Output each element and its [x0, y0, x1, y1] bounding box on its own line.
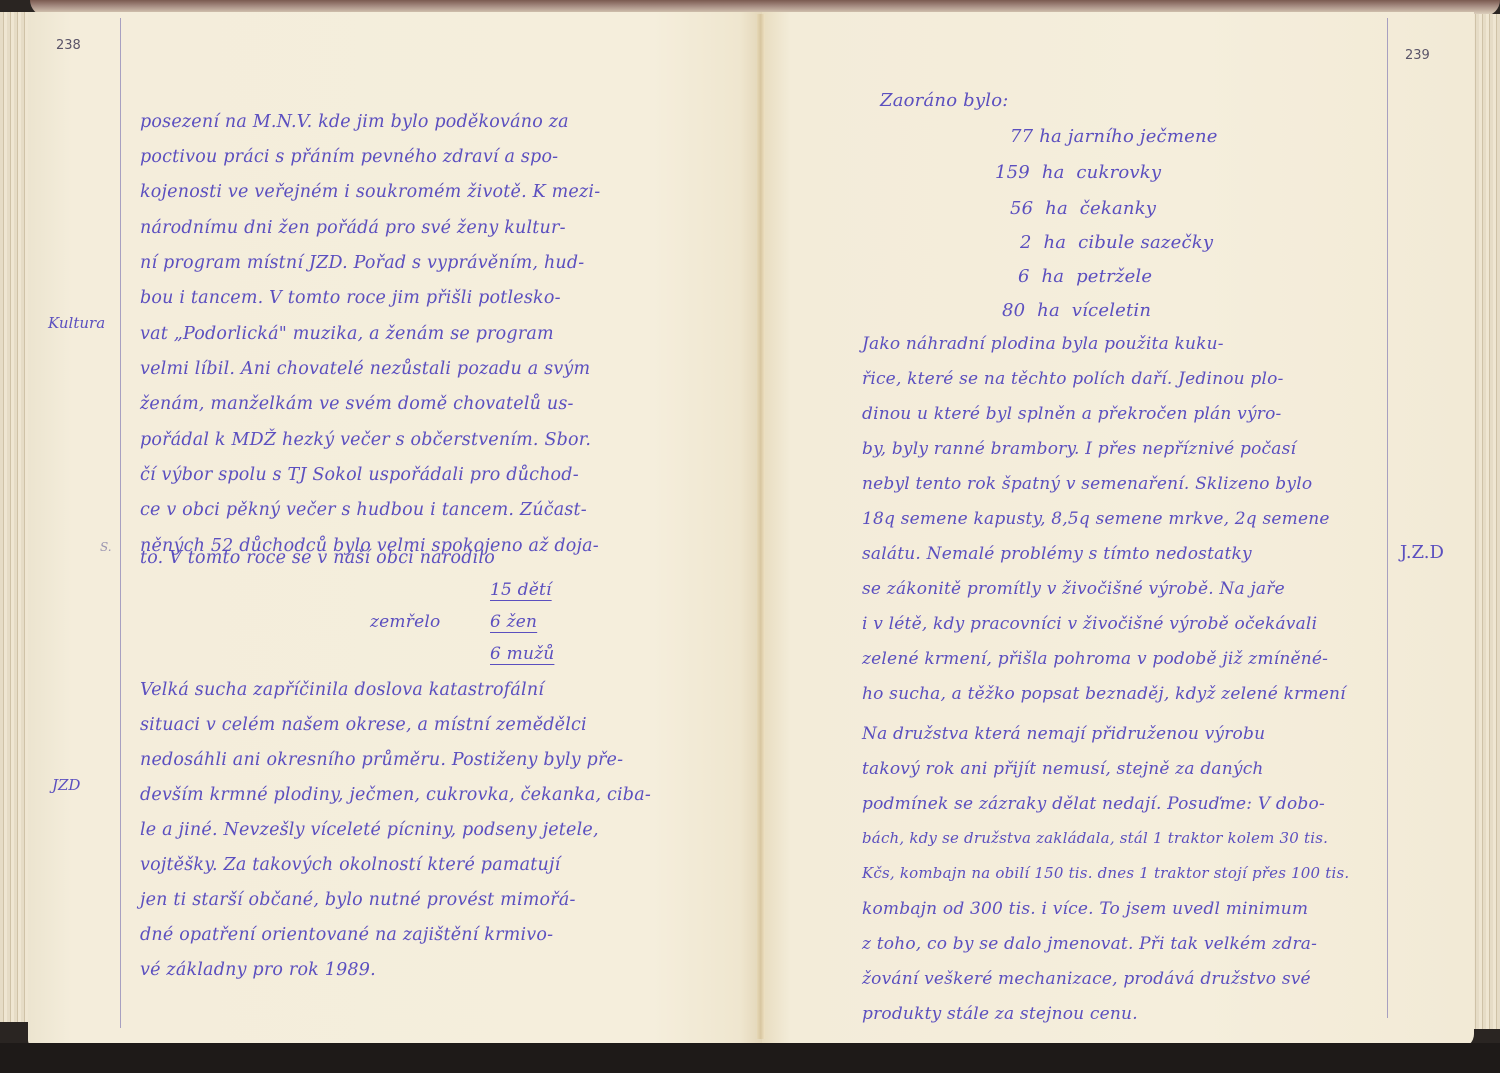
text-line: kojenosti ve veřejném i soukromém životě… [140, 182, 600, 202]
plowed-amount: 56 [1010, 198, 1033, 219]
plowed-unit: ha [1044, 232, 1067, 253]
text-line: produkty stále za stejnou cenu. [862, 1004, 1138, 1024]
text-line: podmínek se zázraky dělat nedají. Posuďm… [862, 794, 1325, 814]
text-line: vat „Podorlická" muzika, a ženám se prog… [140, 324, 554, 344]
text-line: ženám, manželkám ve svém domě chovatelů … [140, 394, 574, 414]
text-line: nebyl tento rok špatný v semenaření. Skl… [862, 474, 1312, 494]
text-line: i v létě, kdy pracovníci v živočišné výr… [862, 614, 1317, 634]
text-line: dné opatření orientované na zajištění kr… [140, 925, 553, 945]
plowed-unit: ha [1042, 266, 1065, 287]
plowed-amount: 6 [1018, 266, 1030, 287]
plowed-crop: víceletin [1072, 300, 1151, 321]
text-line: čí výbor spolu s TJ Sokol uspořádali pro… [140, 465, 579, 485]
text-line: le a jiné. Nevzešly víceleté pícniny, po… [140, 820, 599, 840]
text-line: situaci v celém našem okrese, a místní z… [140, 715, 587, 735]
right-page-number: 239 [1405, 48, 1430, 63]
plowed-item: 77 ha jarního ječmene [1010, 126, 1218, 147]
text-line: bách, kdy se družstva zakládala, stál 1 … [862, 829, 1328, 847]
text-line: devším krmné plodiny, ječmen, cukrovka, … [140, 785, 651, 805]
plowed-amount: 2 [1020, 232, 1032, 253]
text-line: se zákonitě promítly v živočišné výrobě.… [862, 579, 1285, 599]
text-line: Na družstva která nemají přidruženou výr… [862, 724, 1265, 744]
plowed-item: 6 ha petržele [1018, 266, 1152, 287]
left-page-number: 238 [56, 38, 81, 53]
plowed-heading: Zaoráno bylo: [880, 90, 1009, 111]
text-line: žování veškeré mechanizace, prodává druž… [862, 969, 1311, 989]
open-book: 238 239 Kultura S. JZD J.Z.D posezení na… [0, 0, 1500, 1073]
text-line: bou i tancem. V tomto roce jim přišli po… [140, 288, 561, 308]
text-line: z toho, co by se dalo jmenovat. Při tak … [862, 934, 1317, 954]
died-label: zemřelo [370, 612, 440, 632]
text-line: národnímu dni žen pořádá pro své ženy ku… [140, 218, 566, 238]
right-page-stack [1472, 14, 1500, 1029]
margin-note-mark: S. [100, 540, 112, 554]
text-line: řice, které se na těchto polích daří. Je… [862, 369, 1284, 389]
plowed-unit: ha [1045, 198, 1068, 219]
margin-note-kultura: Kultura [48, 314, 105, 332]
plowed-item: 2 ha cibule sazečky [1020, 232, 1213, 253]
plowed-unit: ha [1037, 300, 1060, 321]
book-spine [757, 14, 765, 1039]
text-line: ho sucha, a těžko popsat beznaděj, když … [862, 684, 1346, 704]
text-line: ce v obci pěkný večer s hudbou i tancem.… [140, 500, 587, 520]
text-line: pořádal k MDŽ hezký večer s občerstvením… [140, 430, 591, 450]
text-line: dinou u které byl splněn a překročen plá… [862, 404, 1281, 424]
plowed-unit: ha [1042, 162, 1065, 183]
plowed-amount: 80 [1002, 300, 1025, 321]
margin-note-jzd: JZD [52, 776, 80, 794]
born-count: 15 dětí [490, 580, 552, 600]
text-line: kombajn od 300 tis. i více. To jsem uved… [862, 899, 1308, 919]
text-line: takový rok ani přijít nemusí, stejně za … [862, 759, 1264, 779]
died-men-count: 6 mužů [490, 644, 554, 664]
text-line: poctivou práci s přáním pevného zdraví a… [140, 147, 558, 167]
plowed-item: 80 ha víceletin [1002, 300, 1151, 321]
plowed-amount: 159 [995, 162, 1030, 183]
text-line: velmi líbil. Ani chovatelé nezůstali poz… [140, 359, 590, 379]
text-line: 18q semene kapusty, 8,5q semene mrkve, 2… [862, 509, 1330, 529]
text-line-births-intro: to. V tomto roce se v naší obci narodilo [140, 548, 495, 568]
text-line: Kčs, kombajn na obilí 150 tis. dnes 1 tr… [862, 864, 1349, 882]
plowed-crop: cukrovky [1076, 162, 1161, 183]
plowed-item: 56 ha čekanky [1010, 198, 1156, 219]
plowed-crop: cibule sazečky [1078, 232, 1213, 253]
left-margin-rule [120, 18, 121, 1028]
text-line: posezení na M.N.V. kde jim bylo poděková… [140, 112, 569, 132]
margin-note-jzd-right: J.Z.D [1400, 542, 1444, 563]
plowed-crop: čekanky [1080, 198, 1156, 219]
text-line: zelené krmení, přišla pohroma v podobě j… [862, 649, 1328, 669]
plowed-crop: jarního ječmene [1068, 126, 1218, 147]
table-surface [0, 1043, 1500, 1073]
plowed-unit: ha [1039, 126, 1062, 147]
plowed-amount: 77 [1010, 126, 1033, 147]
text-line: Velká sucha zapříčinila doslova katastro… [140, 680, 544, 700]
text-line: vojtěšky. Za takových okolností které pa… [140, 855, 560, 875]
plowed-crop: petržele [1076, 266, 1152, 287]
plowed-item: 159 ha cukrovky [995, 162, 1161, 183]
died-women-count: 6 žen [490, 612, 537, 632]
text-line: vé základny pro rok 1989. [140, 960, 376, 980]
text-line: nedosáhli ani okresního průměru. Postiže… [140, 750, 623, 770]
text-line: salátu. Nemalé problémy s tímto nedostat… [862, 544, 1252, 564]
text-line: jen ti starší občané, bylo nutné provést… [140, 890, 576, 910]
text-line: ní program místní JZD. Pořad s vyprávění… [140, 253, 584, 273]
text-line: by, byly ranné brambory. I přes nepřízni… [862, 439, 1296, 459]
right-margin-rule [1387, 18, 1388, 1018]
text-line: Jako náhradní plodina byla použita kuku- [862, 334, 1224, 354]
